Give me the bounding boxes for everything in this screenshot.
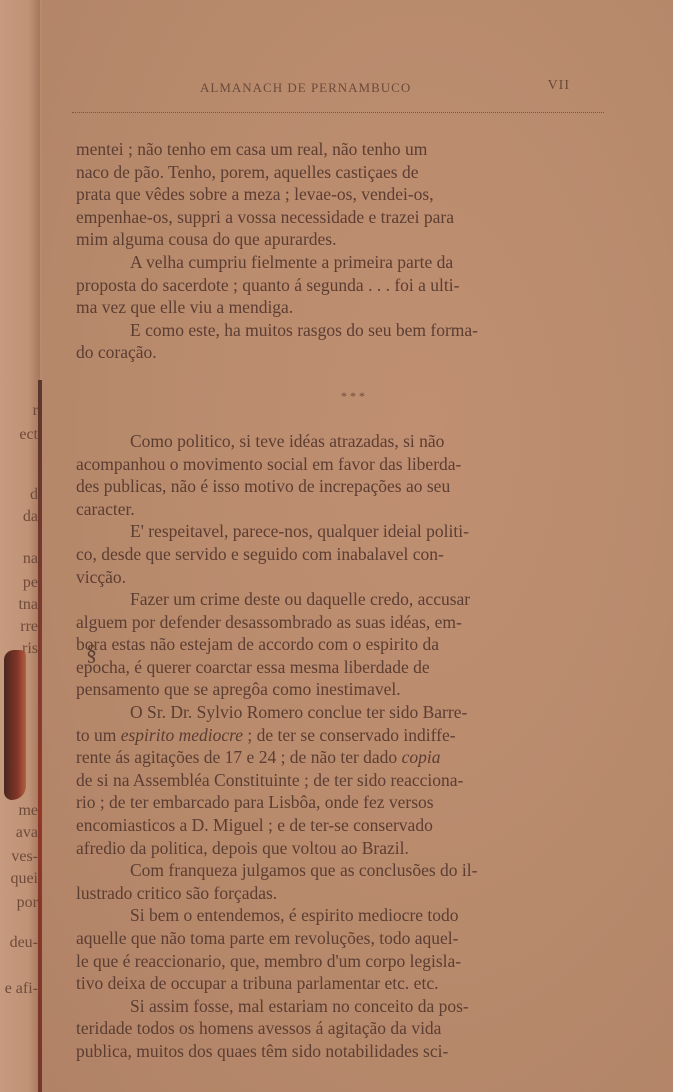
paragraph-3: E como este, ha muitos rasgos do seu bem… [76,319,610,364]
text-line: proposta do sacerdote ; quanto á segunda… [76,274,610,297]
text-line: tivo deixa de occupar a tribuna parlamen… [76,972,610,995]
paragraph-1: mentei ; não tenho em casa um real, não … [76,138,610,251]
text-line: caracter. [76,498,610,521]
paragraph-6: Fazer um crime deste ou daquelle credo, … [76,588,610,701]
paragraph-2: A velha cumpriu fielmente a primeira par… [76,251,610,319]
previous-page-fragment: rre [0,616,38,638]
previous-page-fragment: me [0,800,38,822]
header-dotted-rule [72,112,604,113]
torn-paper-area [4,650,26,800]
text-line: mim alguma cousa do que apurardes. [76,228,610,251]
previous-page-fragment: r [0,400,38,422]
running-title: ALMANACH DE PERNAMBUCO [200,80,411,96]
text-line: le que é reaccionario, que, membro d'um … [76,950,610,973]
text-line: Fazer um crime deste ou daquelle credo, … [76,588,610,611]
previous-page-edge [0,0,40,1092]
previous-page-fragment: tna [0,594,38,616]
text-run: rente ás agitações de 17 e 24 ; de não t… [76,747,402,767]
previous-page-fragment: ect [0,424,38,446]
text-run: to um [76,725,121,745]
page-binding-edge [38,380,42,1092]
text-line: mentei ; não tenho em casa um real, não … [76,138,610,161]
text-line: empenhae-os, suppri a vossa necessidade … [76,206,610,229]
text-line: encomiasticos a D. Miguel ; e de ter-se … [76,814,610,837]
previous-page-fragment: ves- [0,846,38,868]
text-line: A velha cumpriu fielmente a primeira par… [76,251,610,274]
text-line: vicção. [76,566,610,589]
previous-page-fragment: por [0,892,38,914]
text-line: aquelle que não toma parte em revoluções… [76,927,610,950]
text-run: ; de ter se conservado indiffe- [243,725,456,745]
previous-page-fragment: d [0,484,38,506]
paragraph-10: Si assim fosse, mal estariam no conceito… [76,995,610,1063]
text-line: teridade todos os homens avessos á agita… [76,1017,610,1040]
italic-phrase: copia [402,747,441,767]
text-line: lustrado critico são forçadas. [76,882,610,905]
text-line: naco de pão. Tenho, porem, aquelles cast… [76,161,610,184]
text-line: E' respeitavel, parece-nos, qualquer ide… [76,520,610,543]
page-number: VII [548,78,570,94]
text-line: co, desde que servido e seguido com inab… [76,543,610,566]
paragraph-9: Si bem o entendemos, é espirito mediocre… [76,904,610,994]
text-line: to um espirito mediocre ; de ter se cons… [76,724,610,747]
text-line: do coração. [76,341,610,364]
text-line: prata que vêdes sobre a meza ; levae-os,… [76,183,610,206]
previous-page-fragment: da [0,506,38,528]
previous-page-fragment: ava [0,822,38,844]
text-line: alguem por defender desassombrado as sua… [76,611,610,634]
text-line: de si na Assembléa Constituinte ; de ter… [76,769,610,792]
text-line: bora estas não estejam de accordo com o … [76,633,610,656]
text-line: Si assim fosse, mal estariam no conceito… [76,995,610,1018]
text-line: pensamento que se apregôa como inestimav… [76,678,610,701]
text-line: Como politico, si teve idéas atrazadas, … [76,430,610,453]
page-body-text: mentei ; não tenho em casa um real, não … [76,138,610,1063]
text-line: Com franqueza julgamos que as conclusões… [76,859,610,882]
text-line: epocha, é querer coarctar essa mesma lib… [76,656,610,679]
section-separator: * * * [76,386,610,430]
text-line: rio ; de ter embarcado para Lisbôa, onde… [76,791,610,814]
text-line: E como este, ha muitos rasgos do seu bem… [76,319,610,342]
text-line: publica, muitos dos quaes têm sido notab… [76,1040,610,1063]
previous-page-fragment: deu- [0,932,38,954]
text-line: Si bem o entendemos, é espirito mediocre… [76,904,610,927]
text-line: rente ás agitações de 17 e 24 ; de não t… [76,746,610,769]
paragraph-7: O Sr. Dr. Sylvio Romero conclue ter sido… [76,701,610,859]
italic-phrase: espirito mediocre [121,725,243,745]
previous-page-fragment: e afi- [0,978,38,1000]
text-line: O Sr. Dr. Sylvio Romero conclue ter sido… [76,701,610,724]
paragraph-8: Com franqueza julgamos que as conclusões… [76,859,610,904]
text-line: acompanhou o movimento social em favor d… [76,453,610,476]
previous-page-fragment: pe [0,572,38,594]
text-line: des publicas, não é isso motivo de incre… [76,475,610,498]
paragraph-5: E' respeitavel, parece-nos, qualquer ide… [76,520,610,588]
running-head: ALMANACH DE PERNAMBUCO VII [200,78,610,98]
previous-page-fragment: na [0,548,38,570]
paragraph-4: Como politico, si teve idéas atrazadas, … [76,430,610,520]
text-line: afredio da politica, depois que voltou a… [76,837,610,860]
previous-page-fragment: quei [0,868,38,890]
text-line: ma vez que elle viu a mendiga. [76,296,610,319]
